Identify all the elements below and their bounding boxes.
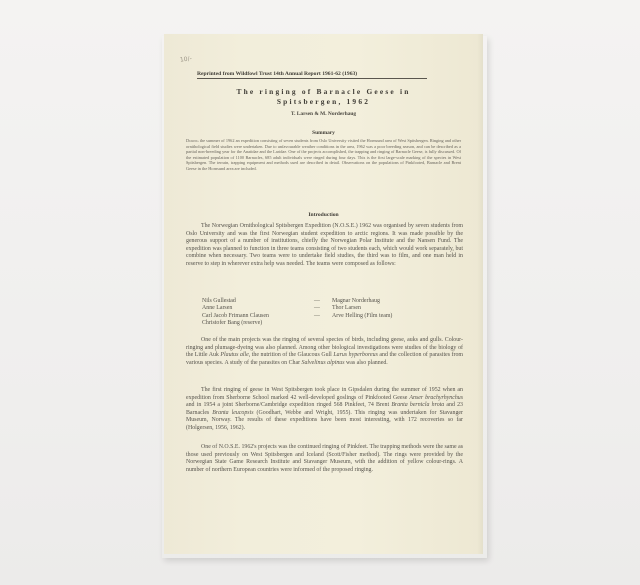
paragraph-2-text: One of the main projects was the ringing…: [186, 337, 463, 367]
paragraph-1-text: The Norwegian Ornithological Spitsbergen…: [186, 223, 463, 269]
paragraph-4: One of N.O.S.E. 1962's projects was the …: [186, 444, 463, 474]
species-name: Larus hyperboreus: [333, 352, 378, 358]
species-name: Plautus alle: [220, 352, 248, 358]
team-row: Nils Gullestad — Magnar Norderhaug: [202, 298, 452, 305]
species-name: Branta leucopsis: [212, 410, 253, 416]
species-name: Branta bernicla hrota: [391, 402, 444, 408]
title-line-2: Spitsbergen, 1962: [164, 97, 483, 107]
team-member-right: Thor Larsen: [332, 305, 361, 312]
summary-text: During the summer of 1962 an expedition …: [186, 138, 461, 172]
paragraph-1: The Norwegian Ornithological Spitsbergen…: [186, 223, 463, 269]
team-member-right: Arve Helling (Film team): [332, 313, 392, 320]
title-line-1: The ringing of Barnacle Geese in: [164, 87, 483, 97]
species-name: Anser brachyrhynchus: [409, 395, 463, 401]
team-member-reserve: Christofer Bang (reserve): [202, 320, 262, 327]
team-row: Christofer Bang (reserve): [202, 320, 452, 327]
species-name: Salvelinus alpinus: [302, 360, 345, 366]
reprint-line: Reprinted from Wildfowl Trust 14th Annua…: [197, 71, 427, 79]
team-row: Anne Larsen — Thor Larsen: [202, 305, 452, 312]
summary-body: the summer of 1962 an expedition consist…: [186, 138, 461, 171]
team-member-left: Nils Gullestad: [202, 298, 314, 305]
team-member-right: Magnar Norderhaug: [332, 298, 380, 305]
paragraph-2: One of the main projects was the ringing…: [186, 337, 463, 367]
team-dash: —: [314, 298, 332, 305]
team-dash: —: [314, 313, 332, 320]
paragraph-3: The first ringing of geese in West Spits…: [186, 387, 463, 433]
paragraph-4-text: One of N.O.S.E. 1962's projects was the …: [186, 444, 463, 474]
article-title: The ringing of Barnacle Geese in Spitsbe…: [164, 87, 483, 107]
summary-heading: Summary: [164, 130, 483, 136]
team-list: Nils Gullestad — Magnar Norderhaug Anne …: [202, 298, 452, 328]
paragraph-3-text: The first ringing of geese in West Spits…: [186, 387, 463, 433]
team-dash: —: [314, 305, 332, 312]
introduction-heading: Introduction: [164, 212, 483, 218]
summary-first-word: During: [186, 138, 199, 143]
authors: T. Larsen & M. Norderhaug: [164, 111, 483, 117]
handwritten-price-note: 10/-: [180, 55, 193, 64]
offprint-page: 10/- Reprinted from Wildfowl Trust 14th …: [164, 34, 483, 554]
team-member-left: Anne Larsen: [202, 305, 314, 312]
